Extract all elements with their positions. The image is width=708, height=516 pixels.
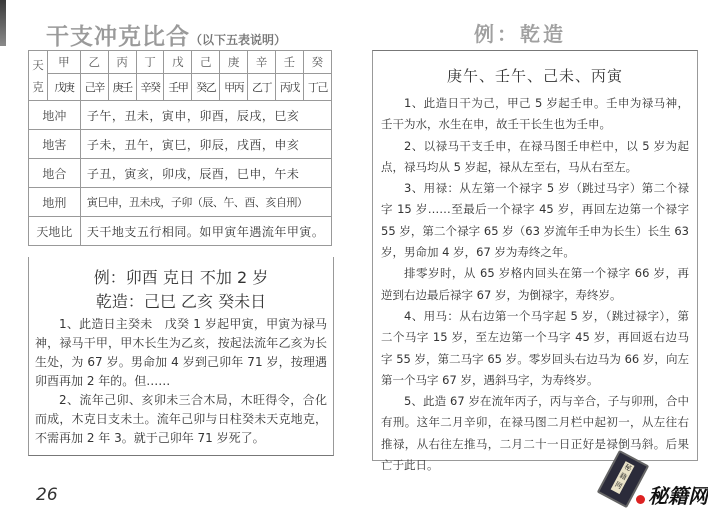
stem-cell: 丁 xyxy=(136,51,164,74)
example-heading-1: 例：卯酉 克日 不加 2 岁 xyxy=(29,265,333,288)
seal-icon xyxy=(636,495,645,504)
stem-cell: 戊 xyxy=(164,51,192,74)
clash-cell: 戊庚 xyxy=(48,74,81,101)
stem-clash-row: 戊庚 己辛 庚壬 辛癸 壬甲 癸乙 甲丙 乙丁 丙戊 丁己 xyxy=(29,74,332,101)
paragraph: 3、用禄：从左第一个禄字 5 岁（跳过马字）第二个禄字 15 岁……至最后一个禄… xyxy=(381,178,689,263)
row-label: 天地比 xyxy=(29,217,81,246)
row-label: 地冲 xyxy=(29,101,81,130)
chart-heading: 庚午、壬午、己未、丙寅 xyxy=(373,65,697,86)
row-value: 子未，丑午，寅巳，卯辰，戌酉，申亥 xyxy=(80,130,331,159)
row-label: 地刑 xyxy=(29,188,81,217)
stem-cell: 癸 xyxy=(303,51,331,74)
example-box-left: 例：卯酉 克日 不加 2 岁 乾造：己巳 乙亥 癸未日 1、此造日主癸未 戊癸 … xyxy=(28,257,334,456)
right-body: 1、此造日干为己，甲己 5 岁起壬申。壬申为禄马神，壬干为水，水生在申，故壬干长… xyxy=(381,93,689,476)
row-label: 地害 xyxy=(29,130,81,159)
paragraph: 排零岁时，从 65 岁格内回头在第一个禄字 66 岁，再逆到右边最后禄字 67 … xyxy=(381,263,689,306)
row-value: 寅巳申，丑未戌，子卯（辰、午、酉、亥自刑） xyxy=(80,188,331,217)
stems-row: 天 克 甲 乙 丙 丁 戊 己 庚 辛 壬 癸 xyxy=(29,51,332,74)
book-label: 秘籍网 xyxy=(611,461,635,494)
row-label: 地合 xyxy=(29,159,81,188)
tiank-label: 天 克 xyxy=(29,51,48,101)
stem-cell: 辛 xyxy=(248,51,276,74)
clash-cell: 辛癸 xyxy=(136,74,164,101)
stem-cell: 己 xyxy=(192,51,220,74)
example-body: 1、此造日主癸未 戊癸 1 岁起甲寅，甲寅为禄马神，禄马干甲，甲木长生为乙亥，按… xyxy=(35,315,327,448)
tiank-char-1: 天 xyxy=(29,54,47,76)
row-value: 天干地支五行相同。如甲寅年遇流年甲寅。 xyxy=(80,217,331,246)
stem-cell: 庚 xyxy=(220,51,248,74)
watermark-text: 秘籍网 xyxy=(648,480,708,509)
stem-cell: 壬 xyxy=(275,51,303,74)
right-page-title: 例：乾造 xyxy=(474,18,566,47)
table-row: 天地比 天干地支五行相同。如甲寅年遇流年甲寅。 xyxy=(29,217,332,246)
clash-cell: 丙戊 xyxy=(275,74,303,101)
table-row: 地冲 子午，丑未，寅申，卯酉，辰戌，巳亥 xyxy=(29,101,332,130)
table-row: 地害 子未，丑午，寅巳，卯辰，戌酉，申亥 xyxy=(29,130,332,159)
title-main: 干支冲克比合 xyxy=(46,24,190,50)
clash-cell: 乙丁 xyxy=(248,74,276,101)
title-note: （以下五表说明） xyxy=(190,33,286,47)
paragraph: 1、此造日干为己，甲己 5 岁起壬申。壬申为禄马神，壬干为水，水生在申，故壬干长… xyxy=(381,93,689,136)
stem-cell: 丙 xyxy=(108,51,136,74)
clash-cell: 丁己 xyxy=(303,74,331,101)
paragraph: 2、流年己卯、亥卯未三合木局，木旺得令，合化而成，木克日支未土。流年己卯与日柱癸… xyxy=(35,391,327,448)
table-row: 地刑 寅巳申，丑未戌，子卯（辰、午、酉、亥自刑） xyxy=(29,188,332,217)
clash-cell: 癸乙 xyxy=(192,74,220,101)
page-number: 26 xyxy=(36,485,58,505)
stem-cell: 甲 xyxy=(48,51,81,74)
example-box-right: 庚午、壬午、己未、丙寅 1、此造日干为己，甲己 5 岁起壬申。壬申为禄马神，壬干… xyxy=(372,50,698,461)
table-row: 地合 子丑，寅亥，卯戌，辰酉，巳申，午未 xyxy=(29,159,332,188)
watermark-logo: 秘籍网 秘籍网 xyxy=(600,455,708,515)
ganzhi-table: 天 克 甲 乙 丙 丁 戊 己 庚 辛 壬 癸 戊庚 己辛 庚壬 辛癸 壬甲 癸… xyxy=(28,50,332,246)
paragraph: 2、以禄马干支壬申，在禄马图壬申栏中，以 5 岁为起点，禄马均从 5 岁起，禄从… xyxy=(381,136,689,179)
clash-cell: 壬甲 xyxy=(164,74,192,101)
example-heading-2: 乾造：己巳 乙亥 癸未日 xyxy=(29,289,333,312)
paragraph: 1、此造日主癸未 戊癸 1 岁起甲寅，甲寅为禄马神，禄马干甲，甲木长生为乙亥，按… xyxy=(35,315,327,391)
paragraph: 4、用马：从右边第一个马字起 5 岁，（跳过禄字），第二个马字 15 岁，至左边… xyxy=(381,306,689,391)
clash-cell: 甲丙 xyxy=(220,74,248,101)
clash-cell: 庚壬 xyxy=(108,74,136,101)
clash-cell: 己辛 xyxy=(80,74,108,101)
row-value: 子午，丑未，寅申，卯酉，辰戌，巳亥 xyxy=(80,101,331,130)
stem-cell: 乙 xyxy=(80,51,108,74)
tiank-char-2: 克 xyxy=(29,76,47,98)
row-value: 子丑，寅亥，卯戌，辰酉，巳申，午未 xyxy=(80,159,331,188)
left-page-title: 干支冲克比合（以下五表说明） xyxy=(46,18,336,51)
